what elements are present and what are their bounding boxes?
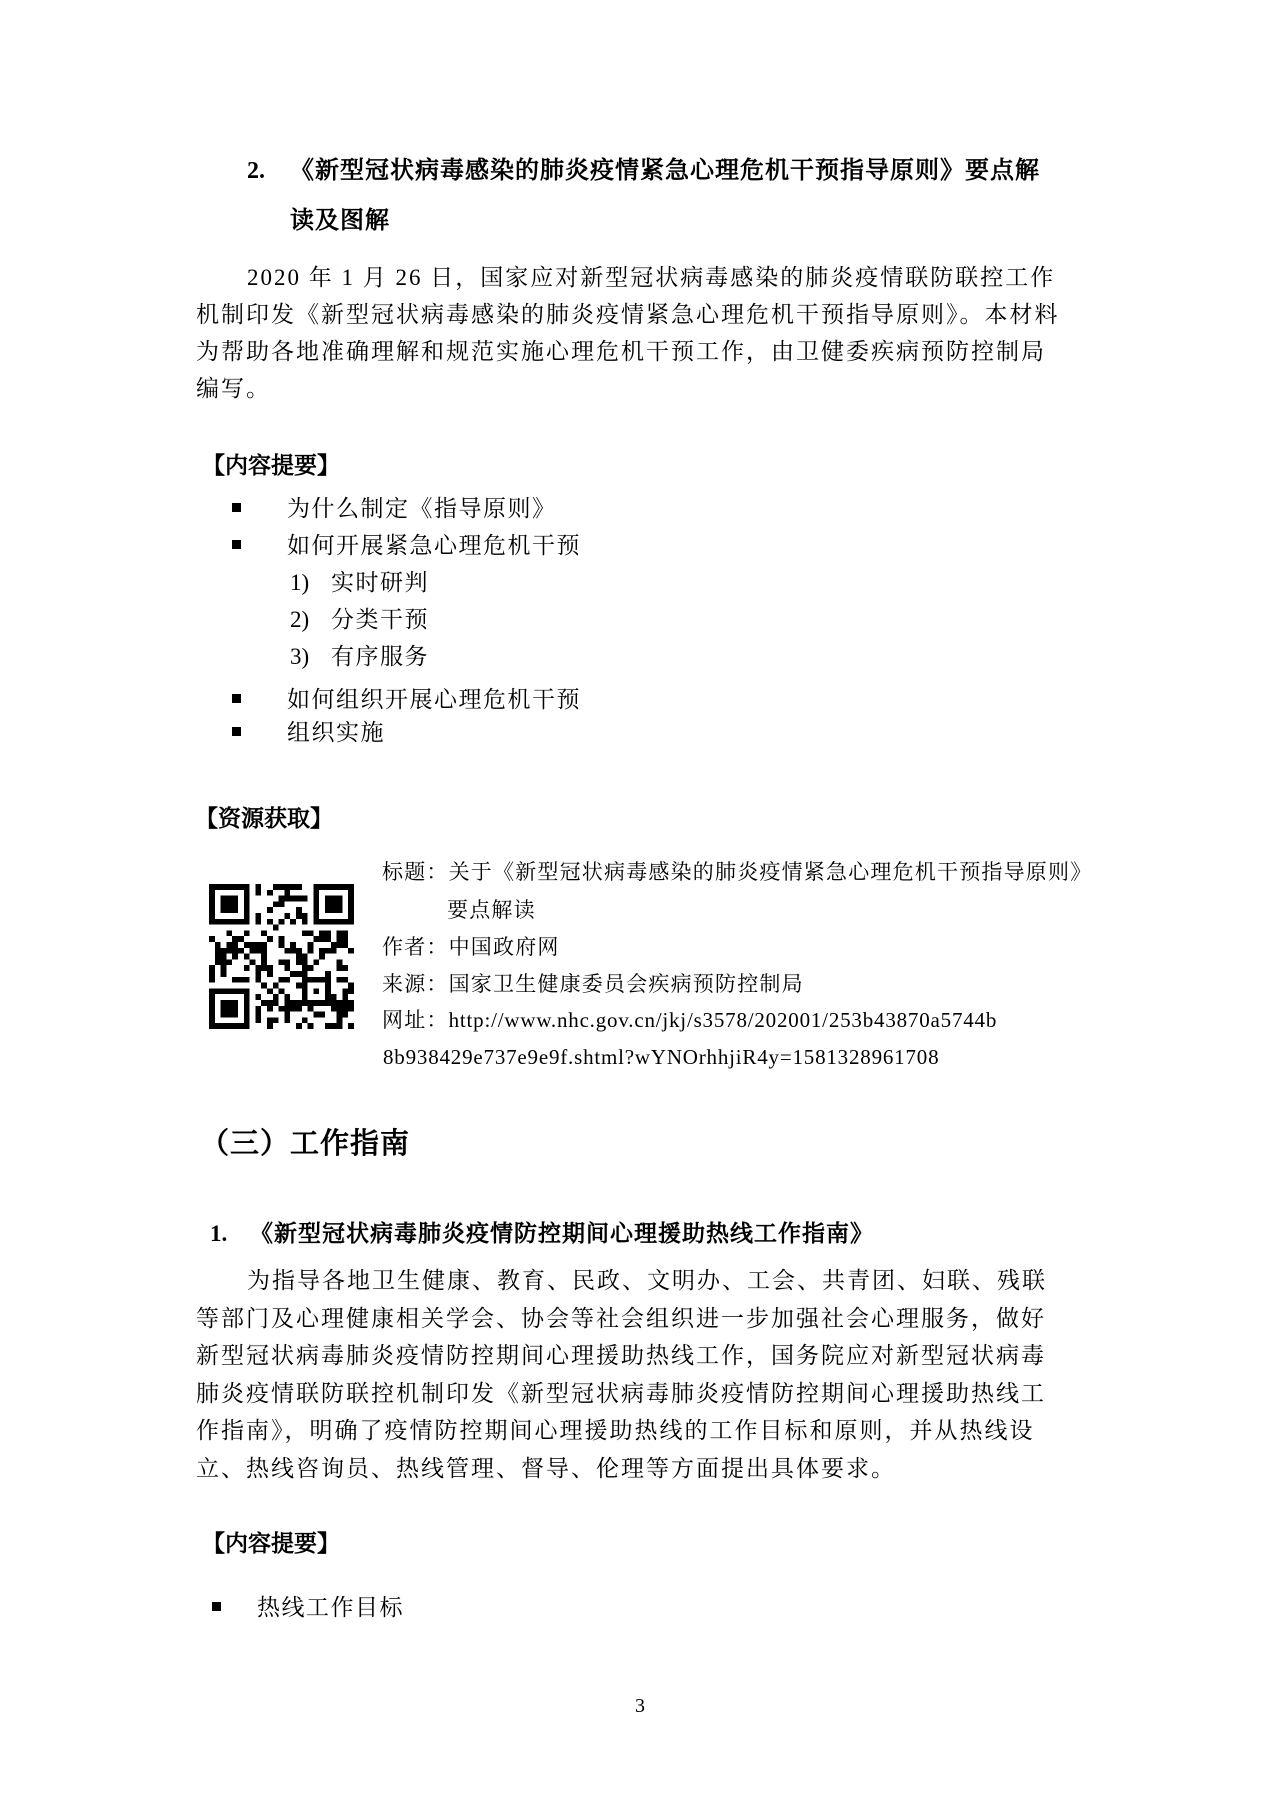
text-line: 立、热线咨询员、热线管理、督导、伦理等方面提出具体要求。 — [196, 1450, 1047, 1488]
list-item-text: 热线工作目标 — [257, 1595, 404, 1620]
resource-source-value: 国家卫生健康委员会疾病预防控制局 — [449, 972, 804, 996]
bullet-square-icon — [232, 727, 241, 736]
intro-paragraph: 2020 年 1 月 26 日，国家应对新型冠状病毒感染的肺炎疫情联防联控工作 … — [196, 259, 1060, 407]
text-line: 编写。 — [196, 370, 1060, 407]
text-line: 作指南》，明确了疫情防控期间心理援助热线的工作目标和原则，并从热线设 — [196, 1412, 1047, 1450]
bullet-square-icon — [232, 694, 241, 703]
list-item-marker: 1) — [290, 564, 309, 601]
resource-author-value: 中国政府网 — [449, 935, 560, 959]
resource-source-line: 来源：国家卫生健康委员会疾病预防控制局 — [382, 969, 804, 999]
text-line: 为指导各地卫生健康、教育、民政、文明办、工会、共青团、妇联、残联 — [196, 1262, 1047, 1300]
resource-url-label: 网址： — [382, 1008, 449, 1032]
section3-title: 《新型冠状病毒肺炎疫情防控期间心理援助热线工作指南》 — [250, 1221, 874, 1246]
text-line: 为帮助各地准确理解和规范实施心理危机干预工作，由卫健委疾病预防控制局 — [196, 333, 1060, 370]
section3-subheading: 1.《新型冠状病毒肺炎疫情防控期间心理援助热线工作指南》 — [210, 1218, 874, 1250]
text-line: 等部门及心理健康相关学会、协会等社会组织进一步加强社会心理服务，做好 — [196, 1300, 1047, 1338]
resource-url-value: http://www.nhc.gov.cn/jkj/s3578/202001/2… — [449, 1008, 998, 1032]
list-item: 3)有序服务 — [196, 638, 429, 675]
list-item: 2)分类干预 — [196, 601, 429, 638]
page-number: 3 — [0, 1694, 1280, 1718]
text-line: 新型冠状病毒肺炎疫情防控期间心理援助热线工作，国务院应对新型冠状病毒 — [196, 1337, 1047, 1375]
section2-title-line1: 《新型冠状病毒感染的肺炎疫情紧急心理危机干预指导原则》要点解 — [290, 158, 1040, 184]
bullet-square-icon — [232, 540, 241, 549]
text-line: 2020 年 1 月 26 日，国家应对新型冠状病毒感染的肺炎疫情联防联控工作 — [196, 259, 1060, 296]
list-item-text: 有序服务 — [331, 644, 429, 669]
resource-title-label: 标题： — [382, 860, 449, 884]
list-item-text: 组织实施 — [287, 720, 385, 745]
document-page: 2.《新型冠状病毒感染的肺炎疫情紧急心理危机干预指导原则》要点解 读及图解 20… — [0, 0, 1280, 1810]
section2-heading: 2.《新型冠状病毒感染的肺炎疫情紧急心理危机干预指导原则》要点解 读及图解 — [247, 146, 1040, 246]
section2-title-line2: 读及图解 — [290, 196, 1040, 246]
list-item: 如何组织开展心理危机干预 — [196, 681, 581, 718]
list-item: 热线工作目标 — [196, 1589, 404, 1626]
list-item-text: 为什么制定《指导原则》 — [287, 496, 557, 521]
resource-title-line2: 要点解读 — [447, 895, 536, 925]
summary-label: 【内容提要】 — [202, 1530, 340, 1558]
section2-number: 2. — [247, 146, 290, 196]
resource-author-label: 作者： — [382, 935, 449, 959]
resource-title-value: 关于《新型冠状病毒感染的肺炎疫情紧急心理危机干预指导原则》 — [449, 860, 1093, 884]
resource-author-line: 作者：中国政府网 — [382, 932, 560, 962]
section2-heading-line1: 2.《新型冠状病毒感染的肺炎疫情紧急心理危机干预指导原则》要点解 — [247, 146, 1040, 196]
list-item-text: 分类干预 — [331, 607, 429, 632]
resource-source-label: 来源： — [382, 972, 449, 996]
list-item-text: 如何开展紧急心理危机干预 — [287, 533, 581, 558]
bullet-square-icon — [232, 503, 241, 512]
list-item: 组织实施 — [196, 714, 385, 751]
list-item: 如何开展紧急心理危机干预 — [196, 527, 581, 564]
summary-label: 【内容提要】 — [202, 452, 340, 480]
section3-paragraph: 为指导各地卫生健康、教育、民政、文明办、工会、共青团、妇联、残联 等部门及心理健… — [196, 1262, 1047, 1487]
text-line: 机制印发《新型冠状病毒感染的肺炎疫情紧急心理危机干预指导原则》。本材料 — [196, 296, 1060, 333]
resource-url-line: 网址：http://www.nhc.gov.cn/jkj/s3578/20200… — [382, 1005, 997, 1035]
qr-code — [209, 884, 354, 1029]
list-item-marker: 3) — [290, 638, 309, 675]
list-item: 1)实时研判 — [196, 564, 429, 601]
list-item-text: 如何组织开展心理危机干预 — [287, 687, 581, 712]
list-item-marker: 2) — [290, 601, 309, 638]
section3-heading: （三）工作指南 — [200, 1124, 410, 1164]
resource-title-line: 标题：关于《新型冠状病毒感染的肺炎疫情紧急心理危机干预指导原则》 — [382, 857, 1092, 887]
resource-url-line2: 8b938429e737e9e9f.shtml?wYNOrhhjiR4y=158… — [383, 1042, 939, 1072]
section3-number: 1. — [210, 1218, 250, 1250]
resource-label: 【资源获取】 — [195, 805, 333, 833]
text-line: 肺炎疫情联防联控机制印发《新型冠状病毒肺炎疫情防控期间心理援助热线工 — [196, 1375, 1047, 1413]
bullet-square-icon — [212, 1602, 221, 1611]
list-item-text: 实时研判 — [331, 570, 429, 595]
list-item: 为什么制定《指导原则》 — [196, 490, 557, 527]
